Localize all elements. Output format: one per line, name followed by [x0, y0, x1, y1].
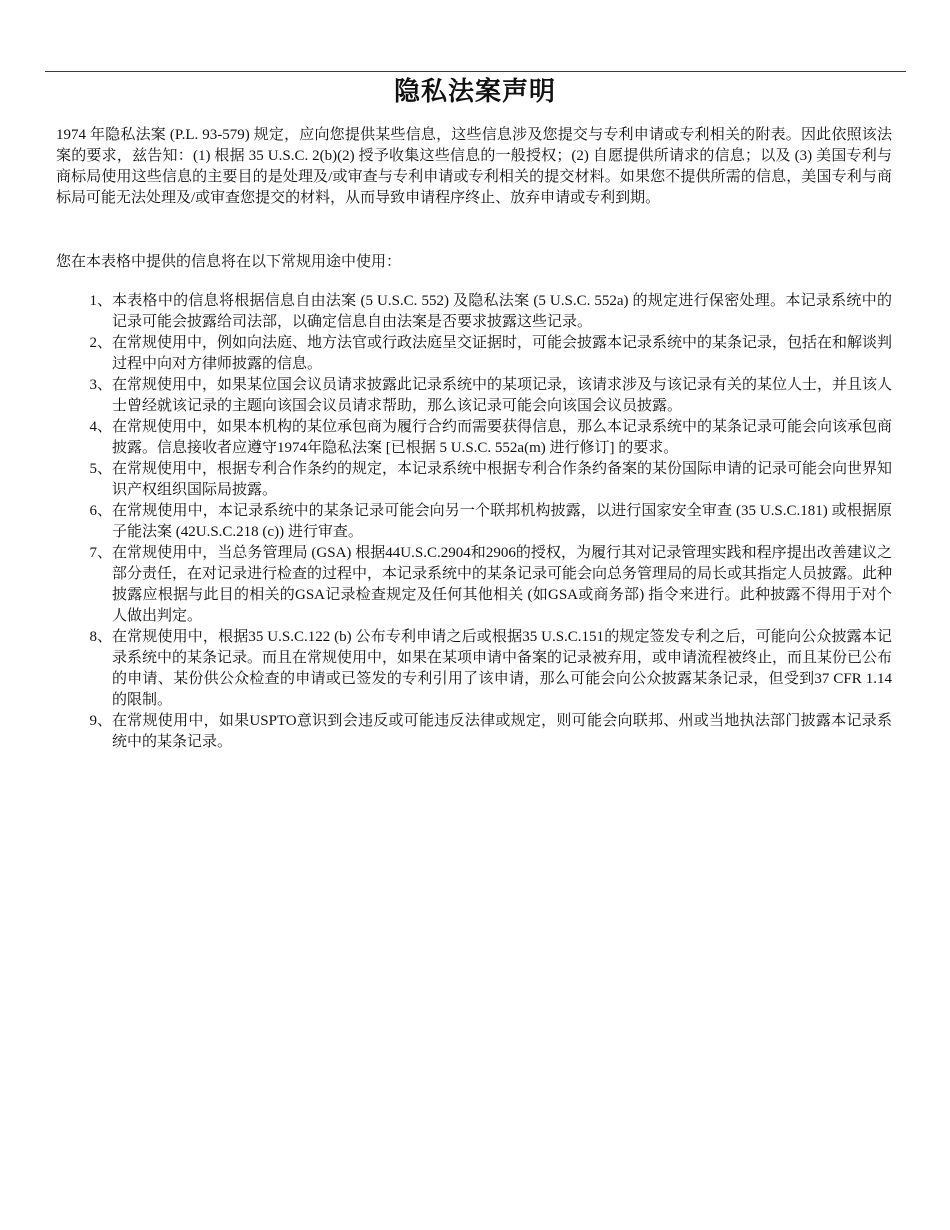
item-text: 在常规使用中，如果USPTO意识到会违反或可能违反法律或规定，则可能会向联邦、州…: [112, 713, 892, 750]
item-number: 7、: [82, 543, 112, 564]
top-horizontal-rule: [45, 71, 906, 72]
item-text: 本表格中的信息将根据信息自由法案 (5 U.S.C. 552) 及隐私法案 (5…: [112, 293, 892, 330]
item-number: 6、: [82, 501, 112, 522]
item-text: 在常规使用中，本记录系统中的某条记录可能会向另一个联邦机构披露，以进行国家安全审…: [112, 503, 892, 540]
routine-use-item: 5、 在常规使用中，根据专利合作条约的规定，本记录系统中根据专利合作条约备案的某…: [82, 459, 892, 501]
page-title: 隐私法案声明: [0, 74, 950, 110]
routine-use-item: 3、 在常规使用中，如果某位国会议员请求披露此记录系统中的某项记录，该请求涉及与…: [82, 375, 892, 417]
routine-use-item: 9、 在常规使用中，如果USPTO意识到会违反或可能违反法律或规定，则可能会向联…: [82, 711, 892, 753]
item-text: 在常规使用中，根据专利合作条约的规定，本记录系统中根据专利合作条约备案的某份国际…: [112, 461, 892, 498]
item-text: 在常规使用中，当总务管理局 (GSA) 根据44U.S.C.2904和2906的…: [112, 545, 892, 624]
item-number: 2、: [82, 333, 112, 354]
item-text: 在常规使用中，例如向法庭、地方法官或行政法庭呈交证据时，可能会披露本记录系统中的…: [112, 335, 892, 372]
item-number: 4、: [82, 417, 112, 438]
routine-use-item: 6、 在常规使用中，本记录系统中的某条记录可能会向另一个联邦机构披露，以进行国家…: [82, 501, 892, 543]
routine-uses-lead: 您在本表格中提供的信息将在以下常规用途中使用：: [56, 252, 892, 273]
routine-uses-list: 1、 本表格中的信息将根据信息自由法案 (5 U.S.C. 552) 及隐私法案…: [82, 291, 892, 753]
routine-use-item: 8、 在常规使用中，根据35 U.S.C.122 (b) 公布专利申请之后或根据…: [82, 627, 892, 711]
routine-use-item: 1、 本表格中的信息将根据信息自由法案 (5 U.S.C. 552) 及隐私法案…: [82, 291, 892, 333]
item-number: 8、: [82, 627, 112, 648]
item-number: 1、: [82, 291, 112, 312]
routine-use-item: 7、 在常规使用中，当总务管理局 (GSA) 根据44U.S.C.2904和29…: [82, 543, 892, 627]
item-number: 3、: [82, 375, 112, 396]
routine-use-item: 2、 在常规使用中，例如向法庭、地方法官或行政法庭呈交证据时，可能会披露本记录系…: [82, 333, 892, 375]
item-number: 5、: [82, 459, 112, 480]
item-number: 9、: [82, 711, 112, 732]
item-text: 在常规使用中，根据35 U.S.C.122 (b) 公布专利申请之后或根据35 …: [112, 629, 892, 708]
item-text: 在常规使用中，如果某位国会议员请求披露此记录系统中的某项记录，该请求涉及与该记录…: [112, 377, 892, 414]
intro-paragraph: 1974 年隐私法案 (P.L. 93-579) 规定，应向您提供某些信息，这些…: [56, 125, 892, 209]
routine-use-item: 4、 在常规使用中，如果本机构的某位承包商为履行合约而需要获得信息，那么本记录系…: [82, 417, 892, 459]
item-text: 在常规使用中，如果本机构的某位承包商为履行合约而需要获得信息，那么本记录系统中的…: [112, 419, 892, 456]
